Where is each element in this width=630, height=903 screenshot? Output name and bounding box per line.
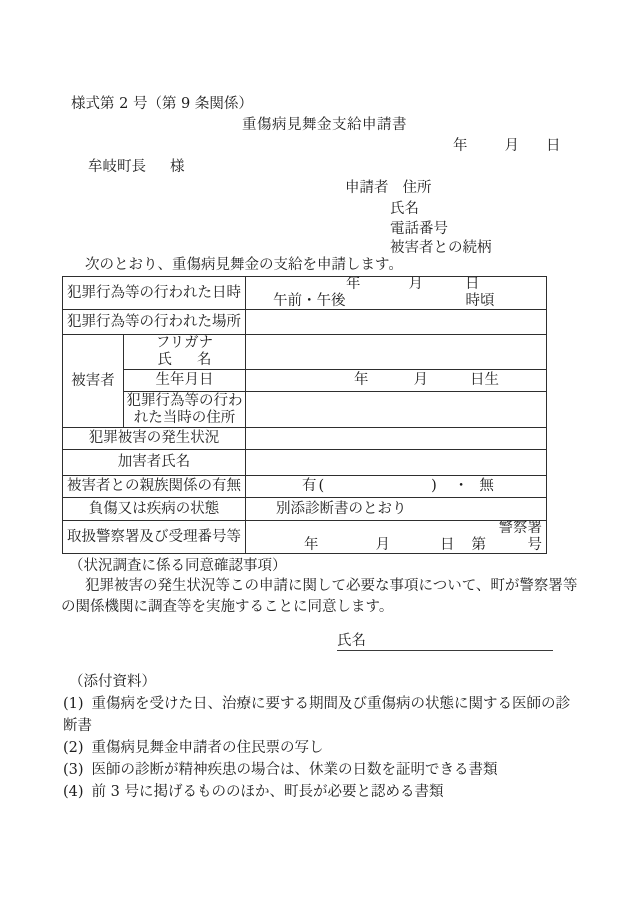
injury-state-value: 別添診断書のとおり (246, 502, 546, 517)
number-suffix-label: 号 (528, 538, 543, 553)
consent-heading: （状況調査に係る同意確認事項） (69, 558, 287, 575)
table-row: 被害者との親族関係の有無 有()・無 (63, 476, 547, 498)
list-item-number: (3) (63, 762, 84, 778)
name-char-2: 名 (197, 352, 212, 368)
furigana-label: フリガナ (124, 336, 245, 351)
table-row: 犯罪被害の発生状況 (63, 428, 547, 450)
oclock-label: 時頃 (466, 293, 495, 309)
open-paren: ( (319, 478, 325, 494)
name-label: 氏名 (124, 353, 245, 368)
month-label: 月 (409, 277, 424, 293)
year-label: 年 (453, 138, 468, 154)
field-police-station: 警察署 年月日第号 (246, 521, 547, 554)
list-item: (4)前 3 号に掲げるもののほか、町長が必要と認める書類 (63, 784, 444, 801)
attachments-heading: （添付資料） (69, 674, 156, 691)
year-label: 年 (346, 277, 361, 293)
list-item-text: 前 3 号に掲げるもののほか、町長が必要と認める書類 (92, 784, 444, 800)
number-prefix-label: 第 (472, 538, 487, 553)
date-line: 年月日 (453, 138, 561, 155)
applicant-field-relationship: 被害者との続柄 (390, 240, 492, 257)
label-line-2: れた当時の住所 (124, 411, 245, 426)
row-label-birthdate: 生年月日 (124, 370, 246, 392)
list-item: (3)医師の診断が精神疾患の場合は、休業の日数を証明できる書類 (63, 762, 498, 779)
month-label: 月 (505, 138, 520, 154)
addressee-name: 牟岐町長 (88, 159, 146, 175)
addressee-honorific: 様 (170, 159, 185, 175)
day-label: 日 (440, 538, 455, 553)
yes-label: 有 (302, 478, 317, 494)
field-crime-datetime: 年月日 午前・午後時頃 (246, 277, 547, 310)
group-label-victim: 被害者 (63, 335, 124, 428)
day-label: 日 (546, 138, 561, 154)
field-injury-state: 別添診断書のとおり (246, 498, 547, 521)
day-born-label: 日生 (470, 372, 499, 388)
list-item-text: 医師の診断が精神疾患の場合は、休業の日数を証明できる書類 (92, 762, 498, 778)
row-label-police-station: 取扱警察署及び受理番号等 (63, 521, 246, 554)
table-row: 犯罪行為等の行われた場所 (63, 310, 547, 335)
table-row: 取扱警察署及び受理番号等 警察署 年月日第号 (63, 521, 547, 554)
row-label-address-at-time: 犯罪行為等の行わ れた当時の住所 (124, 392, 246, 428)
applicant-label: 申請者 (345, 180, 389, 196)
year-label: 年 (354, 372, 369, 388)
dot-separator: ・ (454, 478, 469, 494)
row-label-offender-name: 加害者氏名 (63, 450, 246, 476)
applicant-field-phone: 電話番号 (390, 221, 448, 238)
list-item-number: (2) (63, 740, 84, 756)
applicant-field-address: 住所 (403, 180, 432, 196)
row-label-incident-situation: 犯罪被害の発生状況 (63, 428, 246, 450)
row-label-crime-place: 犯罪行為等の行われた場所 (63, 310, 246, 335)
police-station-label: 警察署 (246, 521, 546, 536)
field-birthdate: 年月日生 (246, 370, 547, 392)
signature-line: 氏名 (337, 633, 553, 651)
table-row: 被害者 フリガナ 氏名 (63, 335, 547, 370)
table-row: 負傷又は疾病の状態 別添診断書のとおり (63, 498, 547, 521)
table-row: 犯罪行為等の行わ れた当時の住所 (63, 392, 547, 428)
am-pm-label: 午前・午後 (273, 293, 346, 309)
consent-text-line2: の関係機関に調査等を実施することに同意します。 (61, 599, 393, 616)
row-label-crime-datetime: 犯罪行為等の行われた日時 (63, 277, 246, 310)
table-row: 生年月日 年月日生 (63, 370, 547, 392)
row-label-kinship: 被害者との親族関係の有無 (63, 476, 246, 498)
list-item-number: (1) (63, 696, 84, 712)
month-label: 月 (414, 372, 429, 388)
field-kinship: 有()・無 (246, 476, 547, 498)
month-label: 月 (376, 538, 391, 553)
year-label: 年 (304, 538, 319, 553)
table-row: 犯罪行為等の行われた日時 年月日 午前・午後時頃 (63, 277, 547, 310)
field-offender-name (246, 450, 547, 476)
document-title: 重傷病見舞金支給申請書 (242, 117, 407, 134)
list-item: (2)重傷病見舞金申請者の住民票の写し (63, 740, 324, 757)
application-form-table: 犯罪行為等の行われた日時 年月日 午前・午後時頃 犯罪行為等の行われた場所 被害… (62, 276, 547, 554)
form-number: 様式第 2 号（第 9 条関係） (71, 96, 253, 113)
field-crime-place (246, 310, 547, 335)
field-victim-name (246, 335, 547, 370)
list-item-continuation: 断書 (63, 718, 92, 735)
list-item-text: 重傷病見舞金申請者の住民票の写し (92, 740, 324, 756)
table-row: 加害者氏名 (63, 450, 547, 476)
document-page: 様式第 2 号（第 9 条関係） 重傷病見舞金支給申請書 年月日 牟岐町長様 申… (0, 0, 630, 903)
list-item: (1)重傷病を受けた日、治療に要する期間及び重傷病の状態に関する医師の診 (63, 696, 570, 713)
list-item-text: 重傷病を受けた日、治療に要する期間及び重傷病の状態に関する医師の診 (92, 696, 571, 712)
row-label-furigana-name: フリガナ 氏名 (124, 335, 246, 370)
applicant-field-name: 氏名 (390, 201, 419, 218)
list-item-number: (4) (63, 784, 84, 800)
consent-text-line1: 犯罪被害の発生状況等この申請に関して必要な事項について、町が警察署等 (85, 578, 577, 595)
addressee-line: 牟岐町長様 (88, 159, 185, 176)
signature-name-label: 氏名 (337, 633, 366, 649)
row-label-injury-state: 負傷又は疾病の状態 (63, 498, 246, 521)
name-char-1: 氏 (158, 352, 173, 368)
intro-sentence: 次のとおり、重傷病見舞金の支給を申請します。 (85, 257, 403, 274)
label-line-1: 犯罪行為等の行わ (124, 394, 245, 409)
no-label: 無 (479, 478, 494, 494)
applicant-line: 申請者住所 (345, 180, 432, 197)
field-incident-situation (246, 428, 547, 450)
day-label: 日 (465, 277, 480, 293)
close-paren: ) (431, 478, 437, 494)
field-address-at-time (246, 392, 547, 428)
